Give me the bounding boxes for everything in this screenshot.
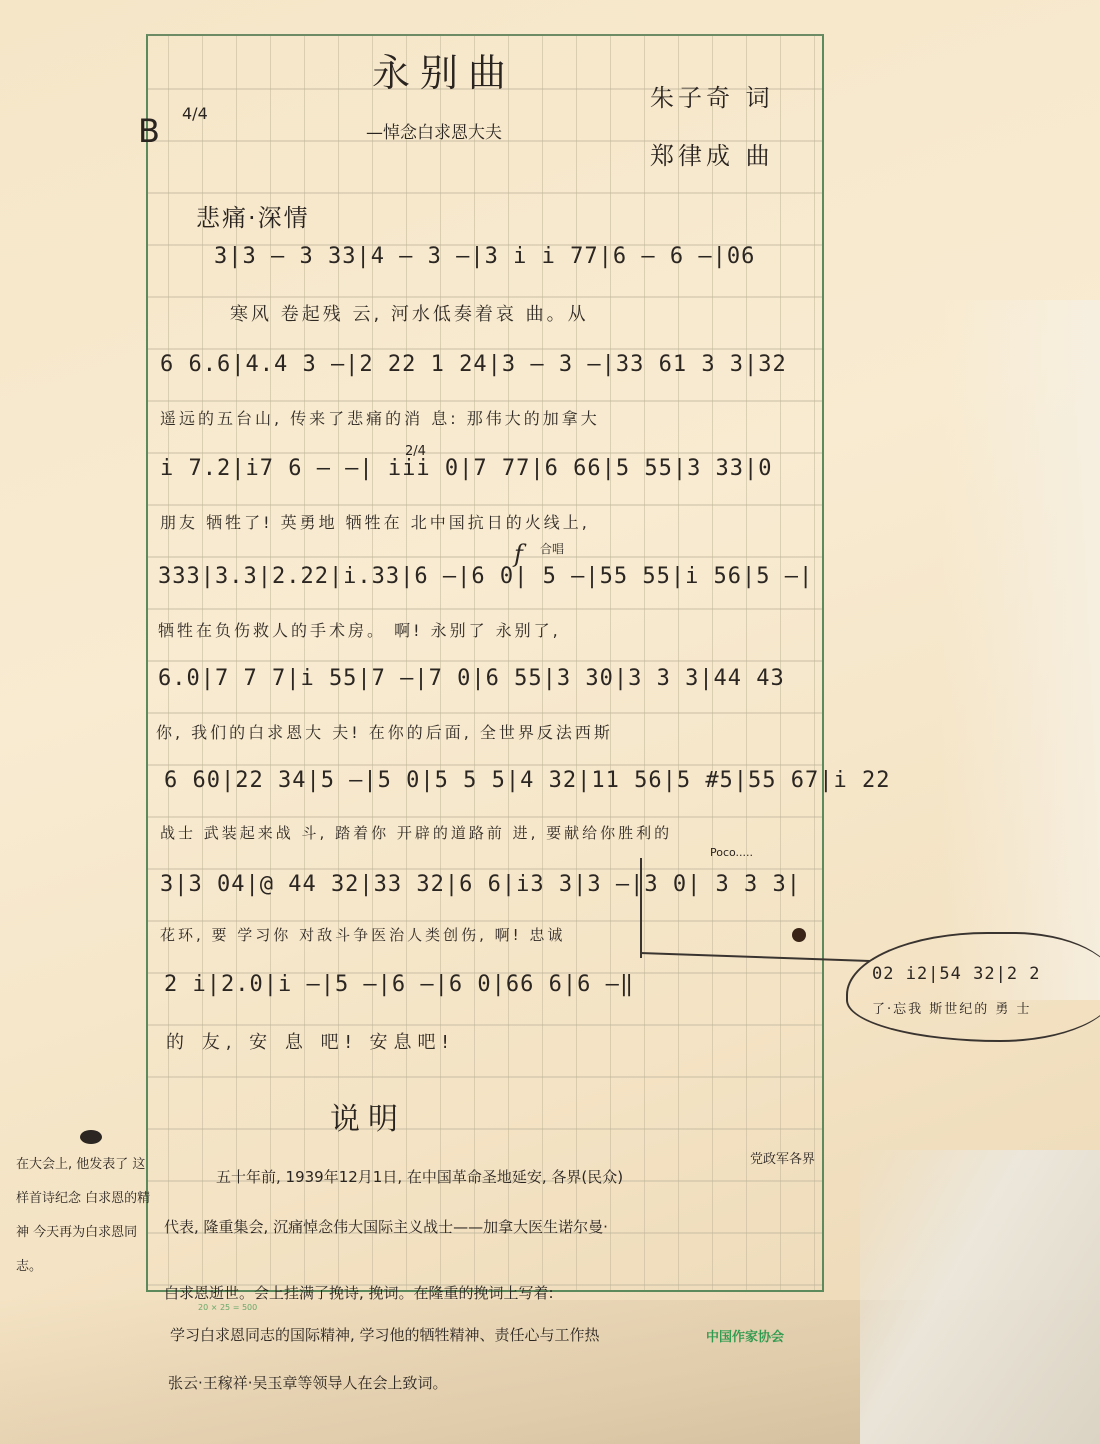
score-notes-line-3: i 7.2|i7 6 — —| iii 0|7 77|6 66|5 55|3 3… xyxy=(160,456,773,481)
score-lyrics-line-7: 花环, 要 学习你 对敌斗争医治人类创伤, 啊! 忠诚 xyxy=(160,924,565,945)
explanation-line-2: 代表, 隆重集会, 沉痛悼念伟大国际主义战士——加拿大医生诺尔曼· xyxy=(164,1216,608,1237)
insert-annotation: 党政军各界 xyxy=(750,1148,815,1167)
insert-lyrics: 了·忘我 斯世纪的 勇 士 xyxy=(872,998,1032,1017)
poco-annotation: Poco..... xyxy=(710,846,753,859)
score-notes-line-8: 2 i|2.0|i —|5 —|6 —|6 0|66 6|6 —‖ xyxy=(164,972,634,997)
score-notes-line-5: 6.0|7 7 7|i 55|7 —|7 0|6 55|3 30|3 3 3|4… xyxy=(158,666,785,691)
score-notes-line-2: 6 6.6|4.4 3 —|2 22 1 24|3 — 3 —|33 61 3 … xyxy=(160,352,787,377)
score-lyrics-line-1: 寒风 卷起残 云, 河水低奏着哀 曲。从 xyxy=(230,300,589,326)
paper-crumple-corner xyxy=(860,1150,1100,1444)
score-notes-line-6: 6 60|22 34|5 —|5 0|5 5 5|4 32|11 56|5 #5… xyxy=(164,768,891,793)
score-notes-line-7: 3|3 04|@ 44 32|33 32|6 6|i3 3|3 —|3 0| 3… xyxy=(160,872,801,897)
tempo-marking: 悲痛·深情 xyxy=(196,198,310,233)
paper-fold-shadow xyxy=(940,300,1100,1000)
insert-bubble xyxy=(846,932,1100,1042)
composer-credit: 郑律成 曲 xyxy=(650,136,774,171)
paper-print-label: 20 × 25 = 500 xyxy=(198,1303,257,1312)
lyricist-credit: 朱子奇 词 xyxy=(650,78,774,113)
score-lyrics-line-4: 牺牲在负伤救人的手术房。 啊! 永别了 永别了, xyxy=(158,618,561,641)
insert-bracket xyxy=(640,858,642,958)
explanation-line-4: 学习白求恩同志的国际精神, 学习他的牺牲精神、责任心与工作热 xyxy=(170,1324,600,1345)
time-signature: 4/4 xyxy=(182,104,208,123)
score-lyrics-line-2: 遥远的五台山, 传来了悲痛的消 息: 那伟大的加拿大 xyxy=(160,406,600,429)
explanation-line-5: 张云·王稼祥·吴玉章等领导人在会上致词。 xyxy=(168,1372,448,1393)
ink-spot xyxy=(792,928,806,942)
insert-notes: 02 i2|54 32|2 2 xyxy=(872,964,1041,984)
score-notes-line-1: 3|3 — 3 33|4 — 3 —|3 i i 77|6 — 6 —|06 xyxy=(214,244,755,269)
explanation-title: 说明 xyxy=(330,1094,406,1138)
explanation-line-3: 白求恩逝世。会上挂满了挽诗, 挽词。在隆重的挽词上写着: xyxy=(164,1282,554,1303)
chorus-note: 合唱 xyxy=(540,540,564,557)
margin-note: 在大会上, 他发表了 这样首诗纪念 白求恩的精神 今天再为白求恩同志。 xyxy=(16,1148,156,1284)
score-notes-line-4: 333|3.3|2.22|i.33|6 —|6 0| 5 —|55 55|i 5… xyxy=(158,564,813,589)
paper-crumple-bottom xyxy=(0,1300,1100,1444)
ink-blot xyxy=(80,1130,102,1144)
margin-tag: B xyxy=(138,112,160,150)
score-lyrics-line-8: 的 友, 安 息 吧! 安息吧! xyxy=(166,1028,455,1054)
score-lyrics-line-5: 你, 我们的白求恩大 夫! 在你的后面, 全世界反法西斯 xyxy=(156,720,613,743)
score-lyrics-line-6: 战士 武装起来战 斗, 踏着你 开辟的道路前 进, 要献给你胜利的 xyxy=(160,822,672,843)
song-subtitle: —悼念白求恩大夫 xyxy=(366,118,502,143)
explanation-line-1: 五十年前, 1939年12月1日, 在中国革命圣地延安, 各界(民众) xyxy=(216,1166,623,1187)
score-lyrics-line-3: 朋友 牺牲了! 英勇地 牺牲在 北中国抗日的火线上, xyxy=(160,510,590,533)
publisher-stamp: 中国作家协会 xyxy=(706,1326,784,1345)
song-title: 永别曲 xyxy=(372,42,516,97)
